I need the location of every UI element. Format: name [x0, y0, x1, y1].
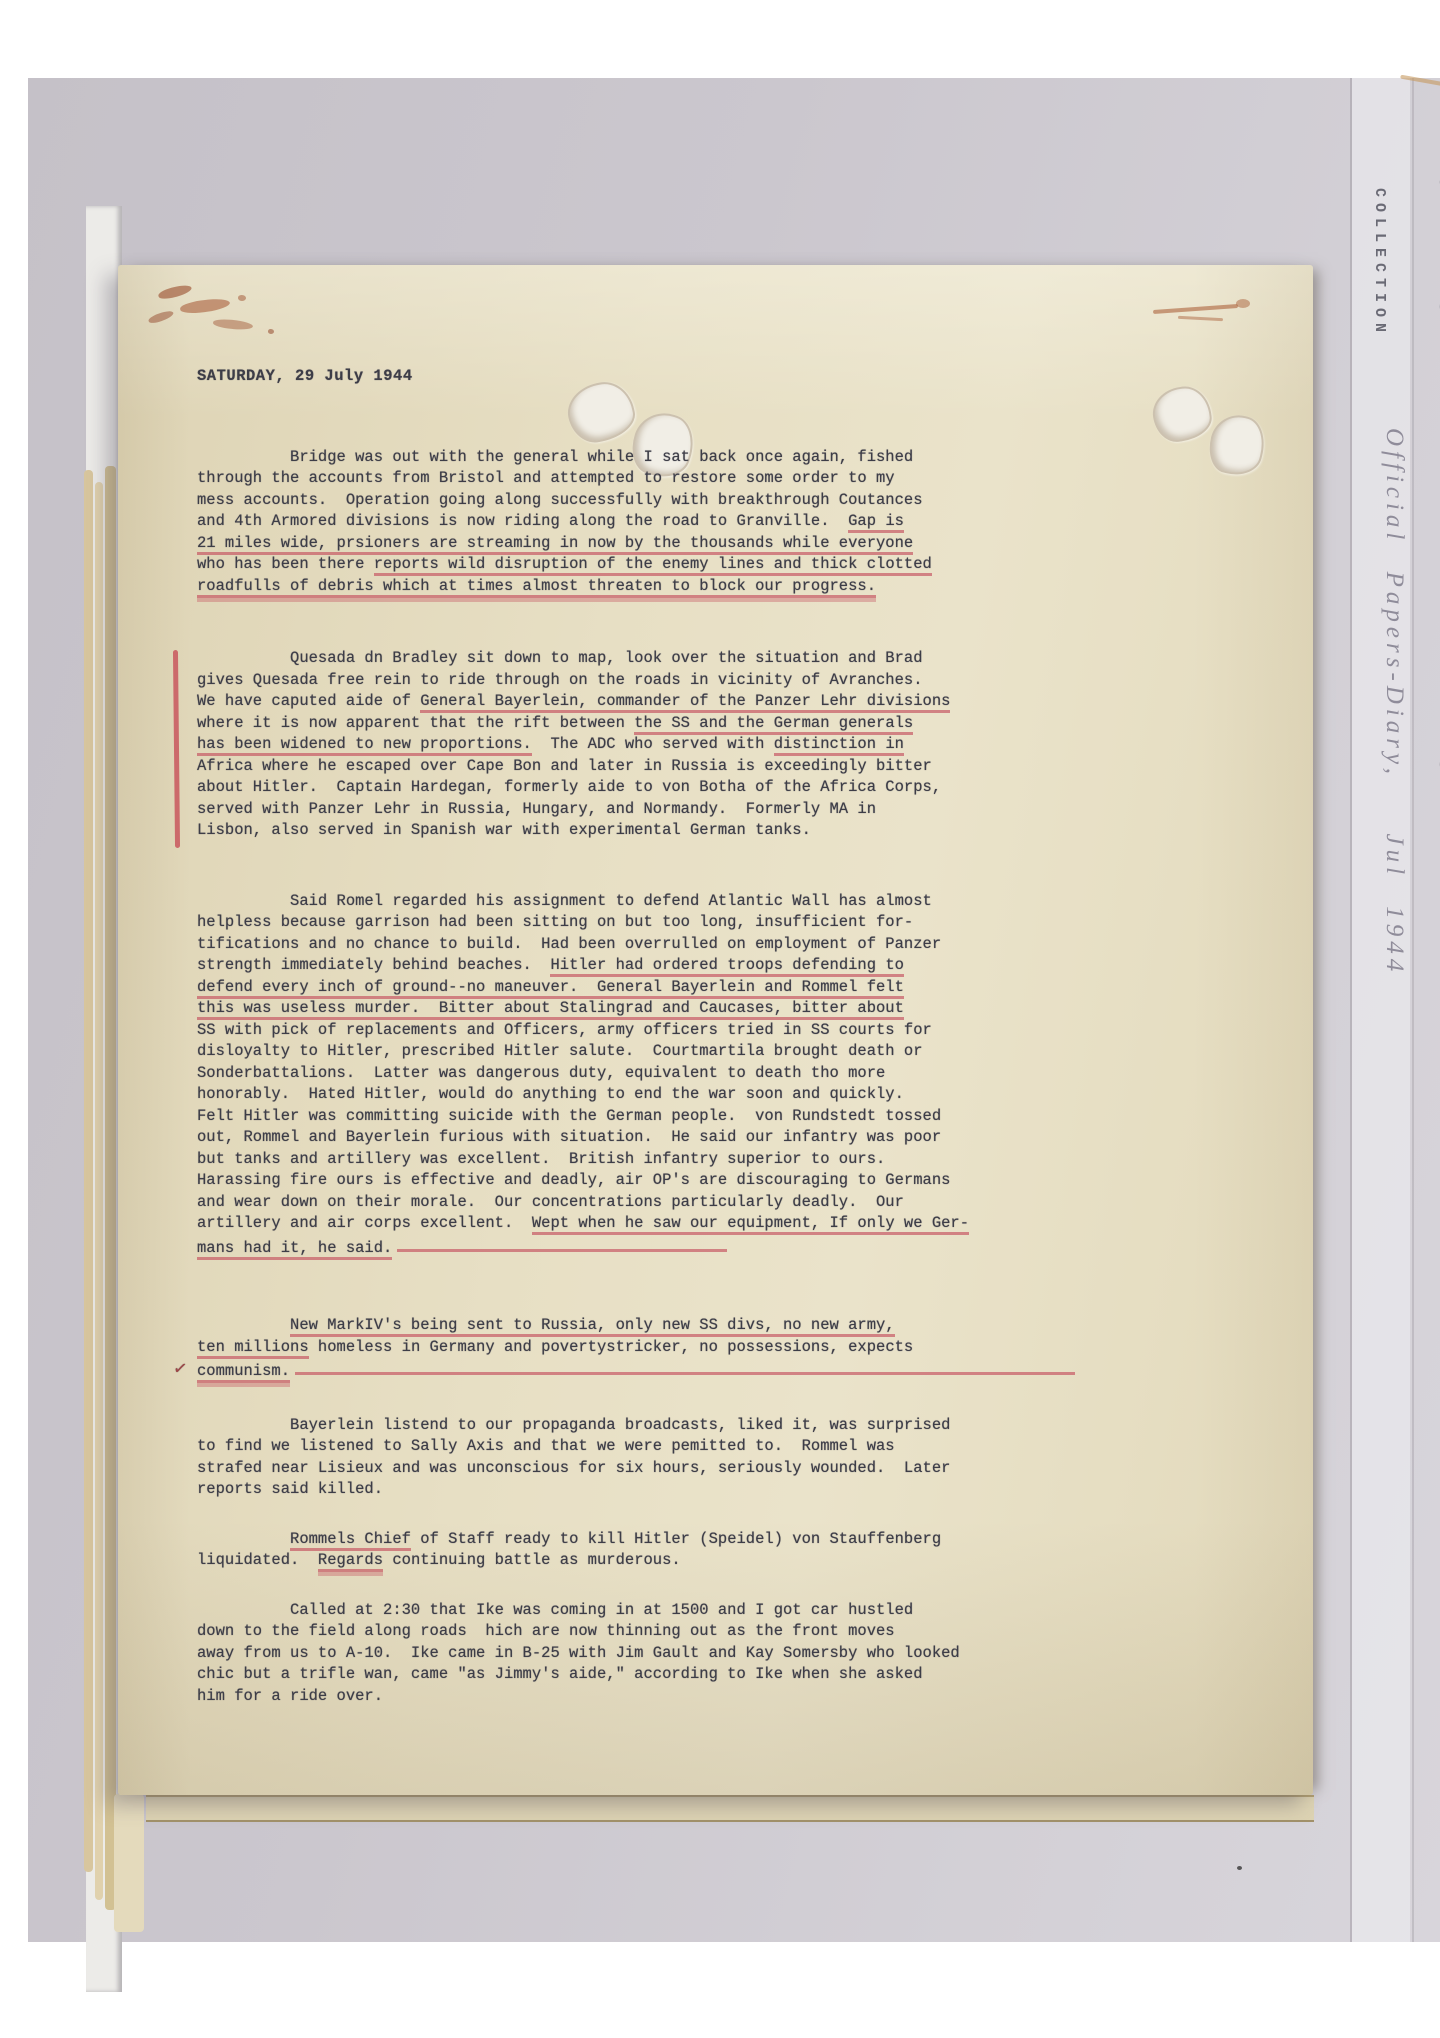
diary-line: and wear down on their morale. Our conce… — [197, 1192, 1007, 1214]
underlined-text: this was useless murder. Bitter about St… — [197, 999, 904, 1020]
diary-line: ten millions homeless in Germany and pov… — [197, 1337, 1007, 1359]
diary-line: liquidated. Regards continuing battle as… — [197, 1550, 1007, 1572]
typed-text: who has been there — [197, 555, 374, 573]
red-margin-line — [173, 650, 180, 848]
diary-line: served with Panzer Lehr in Russia, Hunga… — [197, 799, 1007, 821]
diary-line: 21 miles wide, prsioners are streaming i… — [197, 533, 1007, 555]
paragraph: New MarkIV's being sent to Russia, only … — [197, 1315, 1007, 1383]
typed-text: We have caputed aide of — [197, 692, 420, 710]
rust-stain — [213, 318, 254, 330]
typed-text: Quesada dn Bradley sit down to map, look… — [197, 649, 923, 667]
diary-line: defend every inch of ground--no maneuver… — [197, 977, 1007, 999]
underline-stroke — [397, 1235, 727, 1252]
typed-text: Harassing fire ours is effective and dea… — [197, 1171, 950, 1189]
diary-line: through the accounts from Bristol and at… — [197, 468, 1007, 490]
spine-handwritten-label: Official Papers-Diary, Jul 1944 — [1380, 428, 1408, 976]
typed-text: about Hitler. Captain Hardegan, formerly… — [197, 778, 941, 796]
typed-text: The ADC who served with — [532, 735, 774, 753]
typed-text: Lisbon, also served in Spanish war with … — [197, 821, 811, 839]
rust-stain — [147, 309, 174, 325]
diary-line: Bayerlein listend to our propaganda broa… — [197, 1415, 1007, 1437]
diary-line: Rommels Chief of Staff ready to kill Hit… — [197, 1529, 1007, 1551]
diary-line: reports said killed. — [197, 1479, 1007, 1501]
underlined-text: roadfulls of debris which at times almos… — [197, 577, 876, 598]
diary-line: helpless because garrison had been sitti… — [197, 912, 1007, 934]
diary-line: chic but a trifle wan, came "as Jimmy's … — [197, 1664, 1007, 1686]
typed-text: helpless because garrison had been sitti… — [197, 913, 913, 931]
diary-line: Felt Hitler was committing suicide with … — [197, 1106, 1007, 1128]
typed-text: Said Romel regarded his assignment to de… — [197, 892, 932, 910]
underlined-text: ten millions — [197, 1338, 309, 1359]
underlined-text: reports wild disruption of the enemy lin… — [374, 555, 932, 576]
typed-text: but tanks and artillery was excellent. B… — [197, 1150, 885, 1168]
pen-squiggle — [1153, 304, 1238, 314]
date-heading: SATURDAY, 29 July 1944 — [197, 366, 1007, 388]
typed-text: Bridge was out with the general while I … — [197, 448, 913, 466]
typed-text: to find we listened to Sally Axis and th… — [197, 1437, 895, 1455]
paragraph: Called at 2:30 that Ike was coming in at… — [197, 1600, 1007, 1708]
diary-line: but tanks and artillery was excellent. B… — [197, 1149, 1007, 1171]
typed-text: strafed near Lisieux and was unconscious… — [197, 1459, 950, 1477]
typed-text: and 4th Armored divisions is now riding … — [197, 512, 848, 530]
typed-text: of Staff ready to kill Hitler (Speidel) … — [411, 1530, 941, 1548]
typed-text-column: SATURDAY, 29 July 1944 Bridge was out wi… — [197, 366, 1007, 1707]
typed-text — [197, 1530, 290, 1548]
diary-line: and 4th Armored divisions is now riding … — [197, 511, 1007, 533]
diary-line: roadfulls of debris which at times almos… — [197, 576, 1007, 598]
typed-text: out, Rommel and Bayerlein furious with s… — [197, 1128, 941, 1146]
rust-stain — [238, 295, 246, 301]
diary-line: SS with pick of replacements and Officer… — [197, 1020, 1007, 1042]
folder-spine — [1352, 78, 1410, 1942]
diary-line: mess accounts. Operation going along suc… — [197, 490, 1007, 512]
underlined-text: Rommels Chief — [290, 1530, 411, 1551]
typed-text: gives Quesada free rein to ride through … — [197, 671, 923, 689]
diary-line: him for a ride over. — [197, 1686, 1007, 1708]
underlined-text: distinction in — [774, 735, 904, 756]
underlined-text: General Bayerlein, commander of the Panz… — [420, 692, 950, 713]
typed-text: disloyalty to Hitler, prescribed Hitler … — [197, 1042, 923, 1060]
typed-text: chic but a trifle wan, came "as Jimmy's … — [197, 1665, 923, 1683]
diary-line: Harassing fire ours is effective and dea… — [197, 1170, 1007, 1192]
typed-text: Sonderbattalions. Latter was dangerous d… — [197, 1064, 885, 1082]
page-stack-edge — [105, 466, 116, 1910]
typed-text: SS with pick of replacements and Officer… — [197, 1021, 932, 1039]
diary-line: to find we listened to Sally Axis and th… — [197, 1436, 1007, 1458]
typed-text: and wear down on their morale. Our conce… — [197, 1193, 904, 1211]
diary-line: away from us to A-10. Ike came in B-25 w… — [197, 1643, 1007, 1665]
pen-squiggle — [1236, 299, 1250, 308]
diary-line: strength immediately behind beaches. Hit… — [197, 955, 1007, 977]
diary-line: about Hitler. Captain Hardegan, formerly… — [197, 777, 1007, 799]
typed-text: down to the field along roads hich are n… — [197, 1622, 895, 1640]
photo-of-document: CHESTER B. HANSEN COLLECTION Official Pa… — [28, 78, 1440, 1942]
typed-text: liquidated. — [197, 1551, 318, 1569]
diary-line: Africa where he escaped over Cape Bon an… — [197, 756, 1007, 778]
paragraph: Bayerlein listend to our propaganda broa… — [197, 1415, 1007, 1501]
rust-stain — [268, 329, 274, 334]
diary-line: Sonderbattalions. Latter was dangerous d… — [197, 1063, 1007, 1085]
diary-line: honorably. Hated Hitler, would do anythi… — [197, 1084, 1007, 1106]
typed-text: Africa where he escaped over Cape Bon an… — [197, 757, 932, 775]
paragraph: Said Romel regarded his assignment to de… — [197, 891, 1007, 1260]
diary-line: out, Rommel and Bayerlein furious with s… — [197, 1127, 1007, 1149]
page-stack-edge — [114, 1794, 144, 1932]
rust-stain — [157, 283, 192, 301]
typed-text: tifications and no chance to build. Had … — [197, 935, 941, 953]
underlined-text: mans had it, he said. — [197, 1239, 392, 1260]
diary-line: disloyalty to Hitler, prescribed Hitler … — [197, 1041, 1007, 1063]
paragraph: Rommels Chief of Staff ready to kill Hit… — [197, 1529, 1007, 1572]
typed-text: served with Panzer Lehr in Russia, Hunga… — [197, 800, 876, 818]
diary-line: We have caputed aide of General Bayerlei… — [197, 691, 1007, 713]
typed-text: strength immediately behind beaches. — [197, 956, 550, 974]
torn-hole — [1150, 383, 1215, 445]
typed-text — [197, 1316, 290, 1334]
torn-hole — [1204, 409, 1271, 480]
underline-stroke — [295, 1358, 1075, 1375]
diary-line: artillery and air corps excellent. Wept … — [197, 1213, 1007, 1235]
diary-line: has been widened to new proportions. The… — [197, 734, 1007, 756]
paragraph: Quesada dn Bradley sit down to map, look… — [197, 648, 1007, 842]
typed-text: artillery and air corps excellent. — [197, 1214, 532, 1232]
diary-line: New MarkIV's being sent to Russia, only … — [197, 1315, 1007, 1337]
pen-squiggle — [1178, 316, 1223, 321]
underlined-text: has been widened to new proportions. — [197, 735, 532, 756]
diary-line: Lisbon, also served in Spanish war with … — [197, 820, 1007, 842]
diary-line: Said Romel regarded his assignment to de… — [197, 891, 1007, 913]
diary-line: mans had it, he said. — [197, 1235, 1007, 1260]
underlined-text: defend every inch of ground--no maneuver… — [197, 978, 904, 999]
underlined-text: New MarkIV's being sent to Russia, only … — [290, 1316, 895, 1337]
spine-fold-line — [1412, 78, 1414, 1942]
underlined-text: 21 miles wide, prsioners are streaming i… — [197, 534, 913, 555]
spine-stamp-collection-name: CHESTER B. HANSEN — [1432, 174, 1440, 881]
diary-line: ✓communism. — [197, 1358, 1007, 1383]
typed-text: through the accounts from Bristol and at… — [197, 469, 895, 487]
checkmark: ✓ — [172, 1358, 189, 1381]
typed-text: reports said killed. — [197, 1480, 383, 1498]
typed-text: homeless in Germany and povertystricker,… — [309, 1338, 914, 1356]
typed-text: honorably. Hated Hitler, would do anythi… — [197, 1085, 904, 1103]
underlined-text: communism. — [197, 1362, 290, 1383]
typed-text: away from us to A-10. Ike came in B-25 w… — [197, 1644, 960, 1662]
underlined-text: Wept when he saw our equipment, If only … — [532, 1214, 969, 1235]
diary-line: tifications and no chance to build. Had … — [197, 934, 1007, 956]
diary-page: SATURDAY, 29 July 1944 Bridge was out wi… — [118, 265, 1313, 1795]
underlined-text: the SS and the German generals — [634, 714, 913, 735]
typed-text: Bayerlein listend to our propaganda broa… — [197, 1416, 950, 1434]
rust-stain — [179, 297, 230, 316]
diary-line: Quesada dn Bradley sit down to map, look… — [197, 648, 1007, 670]
underlined-text: Regards — [318, 1551, 383, 1572]
diary-line: this was useless murder. Bitter about St… — [197, 998, 1007, 1020]
typed-text: where it is now apparent that the rift b… — [197, 714, 634, 732]
sheet-edges-band — [146, 1795, 1314, 1822]
spine-stamp-collection-word: COLLECTION — [1371, 188, 1388, 338]
paragraph: Bridge was out with the general while I … — [197, 447, 1007, 598]
typed-text: Called at 2:30 that Ike was coming in at… — [197, 1601, 913, 1619]
page-stack-edge — [95, 482, 103, 1900]
underlined-text: Hitler had ordered troops defending to — [550, 956, 903, 977]
page-stack-edge — [84, 470, 93, 1872]
diary-line: Bridge was out with the general while I … — [197, 447, 1007, 469]
diary-line: Called at 2:30 that Ike was coming in at… — [197, 1600, 1007, 1622]
diary-line: where it is now apparent that the rift b… — [197, 713, 1007, 735]
typed-text: continuing battle as murderous. — [383, 1551, 681, 1569]
underlined-text: Gap is — [848, 512, 904, 533]
speck — [1237, 1866, 1242, 1870]
typed-text: him for a ride over. — [197, 1687, 383, 1705]
typed-text: mess accounts. Operation going along suc… — [197, 491, 923, 509]
screenshot-root: { "photo": { "spine": { "stamp_top": "CH… — [0, 0, 1440, 2038]
diary-line: down to the field along roads hich are n… — [197, 1621, 1007, 1643]
spine-fold-line — [1350, 78, 1352, 1942]
typed-text: Felt Hitler was committing suicide with … — [197, 1107, 941, 1125]
diary-line: gives Quesada free rein to ride through … — [197, 670, 1007, 692]
diary-body: Bridge was out with the general while I … — [197, 447, 1007, 1708]
diary-line: who has been there reports wild disrupti… — [197, 554, 1007, 576]
diary-line: strafed near Lisieux and was unconscious… — [197, 1458, 1007, 1480]
